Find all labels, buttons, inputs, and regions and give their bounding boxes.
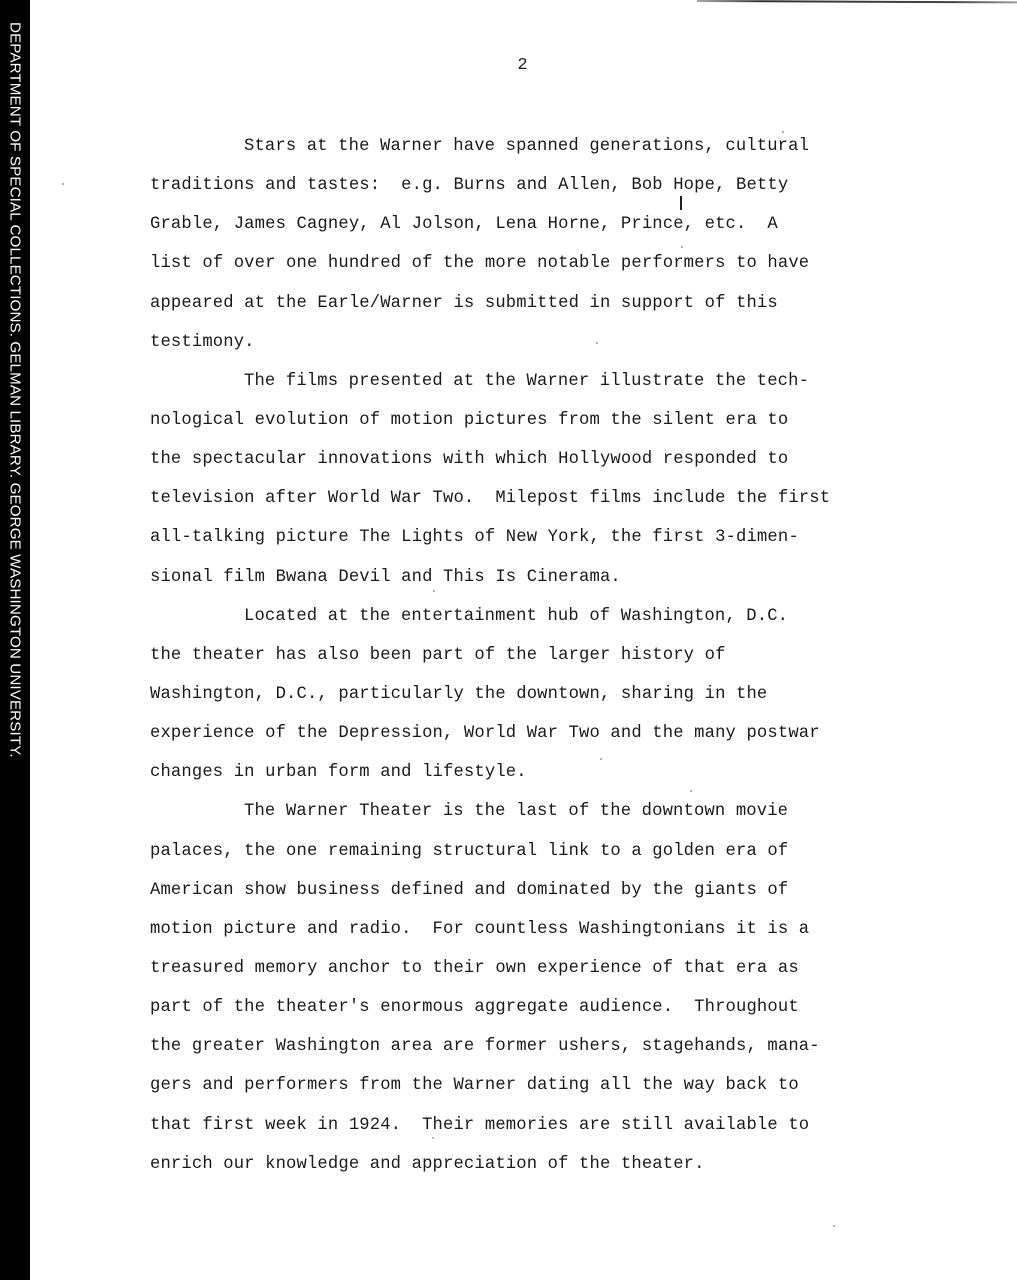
text-line: television after World War Two. Milepost… (150, 479, 950, 518)
text-line: the greater Washington area are former u… (150, 1027, 950, 1066)
text-line: traditions and tastes: e.g. Burns and Al… (150, 166, 950, 205)
text-line: The films presented at the Warner illust… (150, 362, 950, 401)
text-line: nological evolution of motion pictures f… (150, 401, 950, 440)
text-line: the spectacular innovations with which H… (150, 440, 950, 479)
text-line: Washington, D.C., particularly the downt… (150, 675, 950, 714)
scan-speck (782, 131, 784, 133)
text-line: the theater has also been part of the la… (150, 636, 950, 675)
scan-speck (600, 758, 602, 760)
page-number: 2 (0, 56, 1017, 75)
archive-banner: DEPARTMENT OF SPECIAL COLLECTIONS. GELMA… (0, 0, 30, 1280)
paragraph-movie-palaces: The Warner Theater is the last of the do… (150, 792, 950, 1183)
text-line: appeared at the Earle/Warner is submitte… (150, 284, 950, 323)
scan-speck (433, 590, 435, 592)
text-line: experience of the Depression, World War … (150, 714, 950, 753)
text-line: Located at the entertainment hub of Wash… (150, 597, 950, 636)
scan-speck (432, 1137, 434, 1139)
scan-speck (690, 790, 692, 792)
scan-speck (62, 183, 64, 185)
text-line: motion picture and radio. For countless … (150, 910, 950, 949)
correction-mark (680, 196, 682, 210)
text-line: gers and performers from the Warner dati… (150, 1066, 950, 1105)
archive-banner-text: DEPARTMENT OF SPECIAL COLLECTIONS. GELMA… (7, 22, 22, 758)
paragraph-performers: Stars at the Warner have spanned generat… (150, 127, 950, 362)
text-line: Grable, James Cagney, Al Jolson, Lena Ho… (150, 205, 950, 244)
text-line: sional film Bwana Devil and This Is Cine… (150, 558, 950, 597)
text-line: part of the theater's enormous aggregate… (150, 988, 950, 1027)
paragraph-location: Located at the entertainment hub of Wash… (150, 597, 950, 793)
scan-edge-line (697, 0, 1017, 3)
text-line: The Warner Theater is the last of the do… (150, 792, 950, 831)
text-line: treasured memory anchor to their own exp… (150, 949, 950, 988)
text-line: Stars at the Warner have spanned generat… (150, 127, 950, 166)
text-line: all-talking picture The Lights of New Yo… (150, 518, 950, 557)
scan-speck (681, 246, 683, 248)
text-line: American show business defined and domin… (150, 871, 950, 910)
paragraph-films: The films presented at the Warner illust… (150, 362, 950, 597)
text-line: changes in urban form and lifestyle. (150, 753, 950, 792)
text-line: enrich our knowledge and appreciation of… (150, 1145, 950, 1184)
text-line: testimony. (150, 323, 950, 362)
text-line: palaces, the one remaining structural li… (150, 832, 950, 871)
text-line: list of over one hundred of the more not… (150, 244, 950, 283)
scan-speck (596, 342, 598, 344)
text-line: that first week in 1924. Their memories … (150, 1106, 950, 1145)
scan-speck (833, 1225, 835, 1227)
document-body: Stars at the Warner have spanned generat… (150, 127, 950, 1184)
